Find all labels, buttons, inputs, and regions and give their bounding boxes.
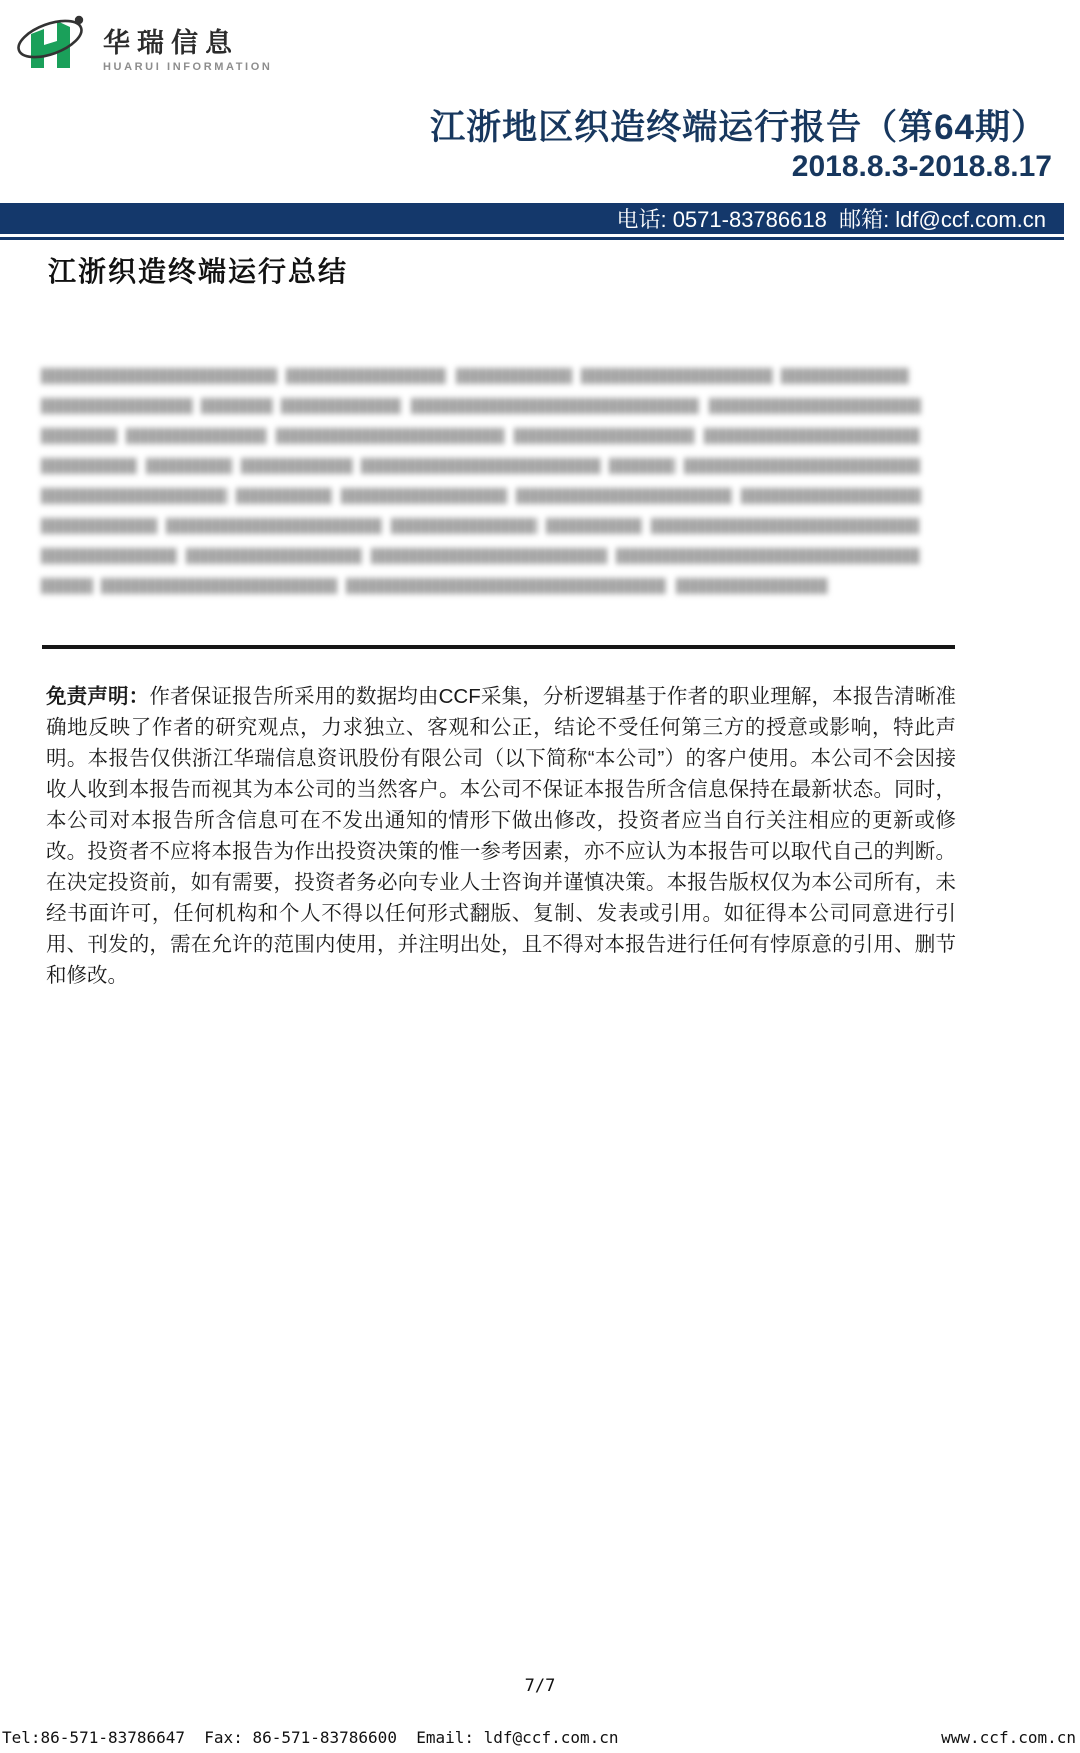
logo-orbit-dot [75, 16, 83, 24]
redacted-line [42, 458, 920, 474]
disclaimer-label: 免责声明： [46, 685, 149, 708]
company-name-cn: 华瑞信息 [103, 28, 272, 58]
redacted-line [42, 578, 920, 594]
disclaimer-body: 作者保证报告所采用的数据均由CCF采集，分析逻辑基于作者的职业理解，本报告清晰准… [46, 685, 956, 987]
company-logo: 华瑞信息 HUARUI INFORMATION [15, 8, 272, 76]
report-title: 江浙地区织造终端运行报告（第64期） [430, 100, 1047, 150]
redacted-summary-paragraph [42, 368, 920, 608]
logo-h-right-stem [57, 21, 70, 68]
redacted-line [42, 488, 920, 504]
redacted-line [42, 548, 920, 564]
logo-text: 华瑞信息 HUARUI INFORMATION [103, 28, 272, 73]
redacted-line [42, 518, 920, 534]
huarui-logo-icon [15, 8, 91, 76]
footer-bar: Tel:86-571-83786647 Fax: 86-571-83786600… [0, 1728, 1080, 1747]
header-contact-bar: 电话: 0571-83786618 邮箱: ldf@ccf.com.cn [0, 203, 1064, 234]
page-number: 7/7 [0, 1676, 1080, 1696]
redacted-line [42, 398, 920, 414]
footer-contact-line: Tel:86-571-83786647 Fax: 86-571-83786600… [0, 1728, 619, 1747]
report-page: 华瑞信息 HUARUI INFORMATION 江浙地区织造终端运行报告（第64… [0, 0, 1080, 1753]
report-date-range: 2018.8.3-2018.8.17 [792, 150, 1052, 184]
logo-h-left-stem [31, 29, 44, 68]
disclaimer-divider-rule [42, 645, 955, 649]
redacted-line [42, 428, 920, 444]
footer-website: www.ccf.com.cn [941, 1728, 1080, 1747]
redacted-line [42, 368, 920, 384]
header-contact-bar-rule [0, 237, 1064, 240]
section-heading: 江浙织造终端运行总结 [48, 250, 348, 290]
company-name-en: HUARUI INFORMATION [103, 61, 272, 73]
disclaimer-paragraph: 免责声明：作者保证报告所采用的数据均由CCF采集，分析逻辑基于作者的职业理解，本… [46, 681, 956, 991]
